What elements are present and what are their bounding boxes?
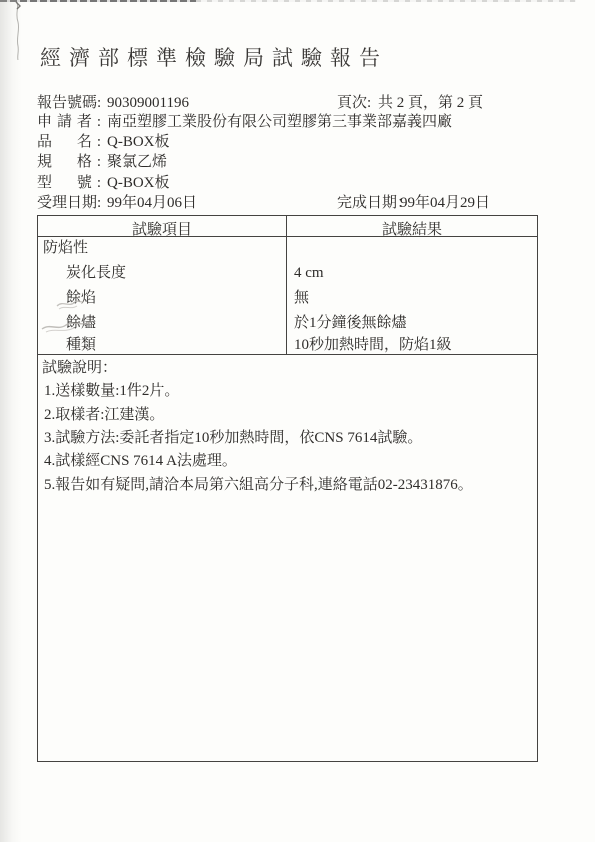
test-result: 於1分鐘後無餘燼 <box>294 315 407 332</box>
model-label: 型 號: <box>37 175 101 192</box>
scan-artifact-smudge <box>55 296 85 312</box>
test-item: 炭化長度 <box>66 265 126 282</box>
note-item: 3.試驗方法:委託者指定10秒加熱時間，依CNS 7614試驗。 <box>44 430 422 447</box>
spec-value: 聚氯乙烯 <box>107 154 167 171</box>
test-result: 4 cm <box>294 265 324 282</box>
model-value: Q-BOX板 <box>107 175 170 192</box>
scan-artifact-hairline <box>8 0 28 60</box>
scan-artifact-top-edge-faint <box>196 0 576 2</box>
note-item: 2.取樣者:江建漢。 <box>44 407 164 424</box>
note-item: 5.報告如有疑問,請洽本局第六組高分子科,連絡電話02-23431876。 <box>44 477 473 494</box>
scan-artifact-smudge <box>40 315 92 335</box>
completed-date-value: 99年04月29日 <box>400 195 490 212</box>
page-number-value: 共 2 頁，第 2 頁 <box>378 95 483 112</box>
note-item: 1.送樣數量:1件2片。 <box>44 383 179 400</box>
scan-artifact-top-edge <box>0 0 196 2</box>
product-name-value: Q-BOX板 <box>107 134 170 151</box>
applicant-label: 申請者: <box>37 114 101 131</box>
page-title: 經濟部標準檢驗局試驗報告 <box>40 42 388 72</box>
report-no-value: 90309001196 <box>107 95 189 112</box>
test-item: 防焰性 <box>43 240 88 257</box>
column-header-test-item: 試驗項目 <box>38 218 286 239</box>
product-name-label: 品 名: <box>37 134 101 151</box>
received-date-value: 99年04月06日 <box>107 195 197 212</box>
note-item: 4.試樣經CNS 7614 A法處理。 <box>44 453 237 470</box>
page-number-label: 頁次: <box>337 95 371 112</box>
column-header-test-result: 試驗結果 <box>287 218 537 239</box>
table-results-divider <box>38 354 537 355</box>
test-item: 種類 <box>66 337 96 354</box>
applicant-value: 南亞塑膠工業股份有限公司塑膠第三事業部嘉義四廠 <box>107 114 452 131</box>
test-result: 10秒加熱時間，防焰1級 <box>294 337 452 354</box>
results-table: 試驗項目 試驗結果 防焰性 炭化長度 餘焰 餘燼 種類 4 cm 無 於1分鐘後… <box>37 215 538 762</box>
scanned-report-page: 經濟部標準檢驗局試驗報告 報告號碼: 90309001196 頁次: 共 2 頁… <box>0 0 595 842</box>
received-date-label: 受理日期: <box>37 195 101 212</box>
notes-heading: 試驗說明： <box>42 360 117 377</box>
test-result: 無 <box>294 290 309 307</box>
spec-label: 規 格: <box>37 154 101 171</box>
report-no-label: 報告號碼: <box>37 95 101 112</box>
